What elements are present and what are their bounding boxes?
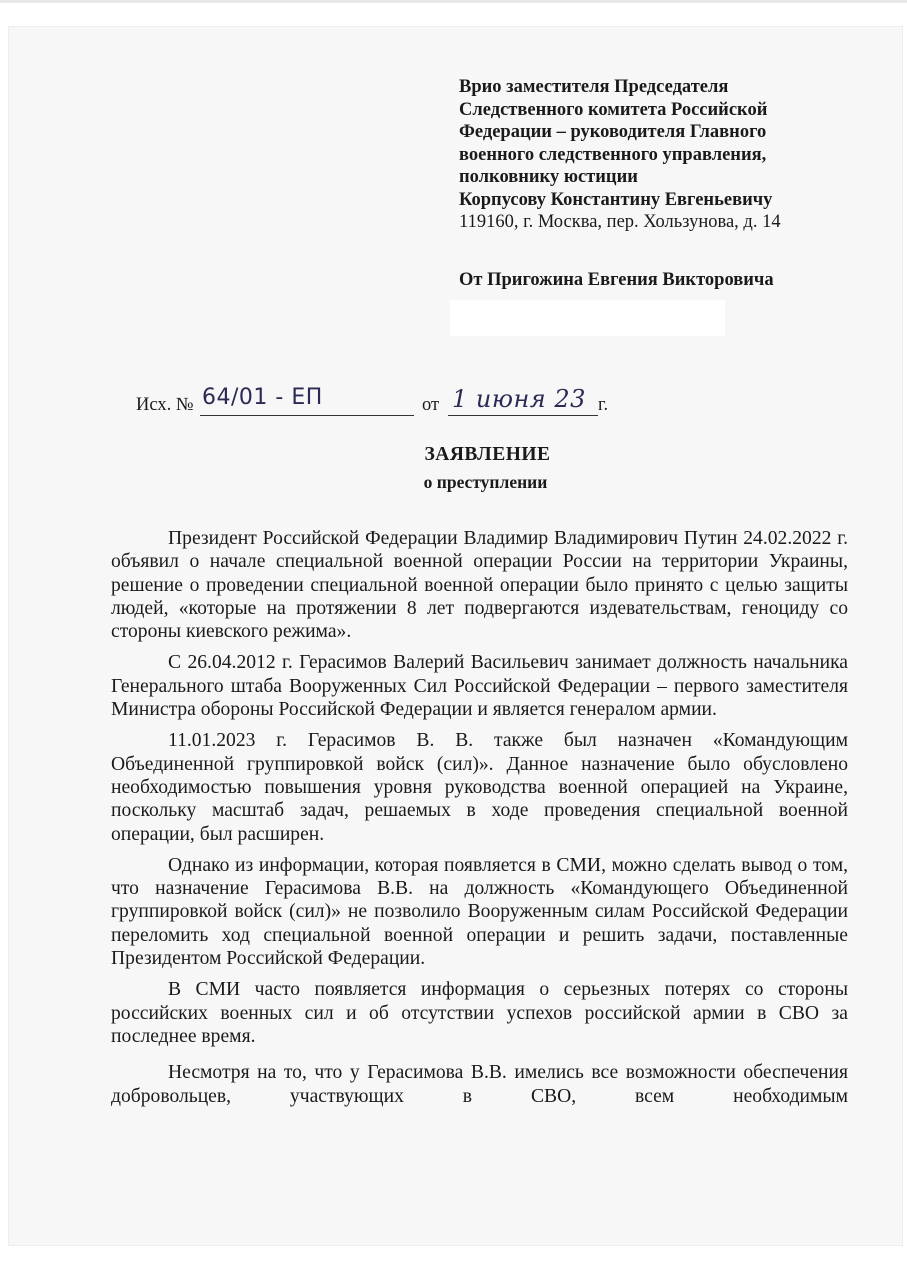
outgoing-number-handwritten: 64/01 - ЕП [202, 385, 323, 410]
paragraph: 11.01.2023 г. Герасимов В. В. также был … [111, 729, 848, 845]
addressee-line: полковнику юстиции [459, 166, 879, 189]
paragraph: С 26.04.2012 г. Герасимов Валерий Василь… [111, 651, 848, 721]
paragraph: Президент Российской Федерации Владимир … [111, 527, 848, 643]
document-subtitle: о преступлении [32, 472, 907, 493]
addressee-line: Следственного комитета Российской [459, 99, 879, 122]
scan-top-edge [0, 0, 907, 3]
date-handwritten: 1 июня 23 [452, 385, 586, 413]
document-body: Президент Российской Федерации Владимир … [111, 527, 848, 1108]
paragraph: Несмотря на то, что у Герасимова В.В. им… [111, 1061, 848, 1108]
date-suffix: г. [598, 395, 608, 416]
addressee-line: Федерации – руководителя Главного [459, 121, 879, 144]
outgoing-number-field: 64/01 - ЕП [200, 385, 414, 416]
addressee-line: военного следственного управления, [459, 144, 879, 167]
addressee-address: 119160, г. Москва, пер. Хользунова, д. 1… [459, 211, 879, 234]
addressee-line: Врио заместителя Председателя [459, 76, 879, 99]
paragraph: Однако из информации, которая появляется… [111, 854, 848, 970]
outgoing-number-label: Исх. № [136, 395, 193, 416]
addressee-block: Врио заместителя Председателя Следственн… [459, 76, 879, 234]
sender-line: От Пригожина Евгения Викторовича [459, 270, 774, 291]
date-label: от [422, 395, 439, 416]
redacted-block [450, 300, 725, 336]
paragraph: В СМИ часто появляется информация о серь… [111, 978, 848, 1048]
addressee-name: Корпусову Константину Евгеньевичу [459, 189, 879, 212]
date-field: 1 июня 23 [448, 385, 598, 416]
document-title: ЗАЯВЛЕНИЕ [34, 444, 907, 466]
